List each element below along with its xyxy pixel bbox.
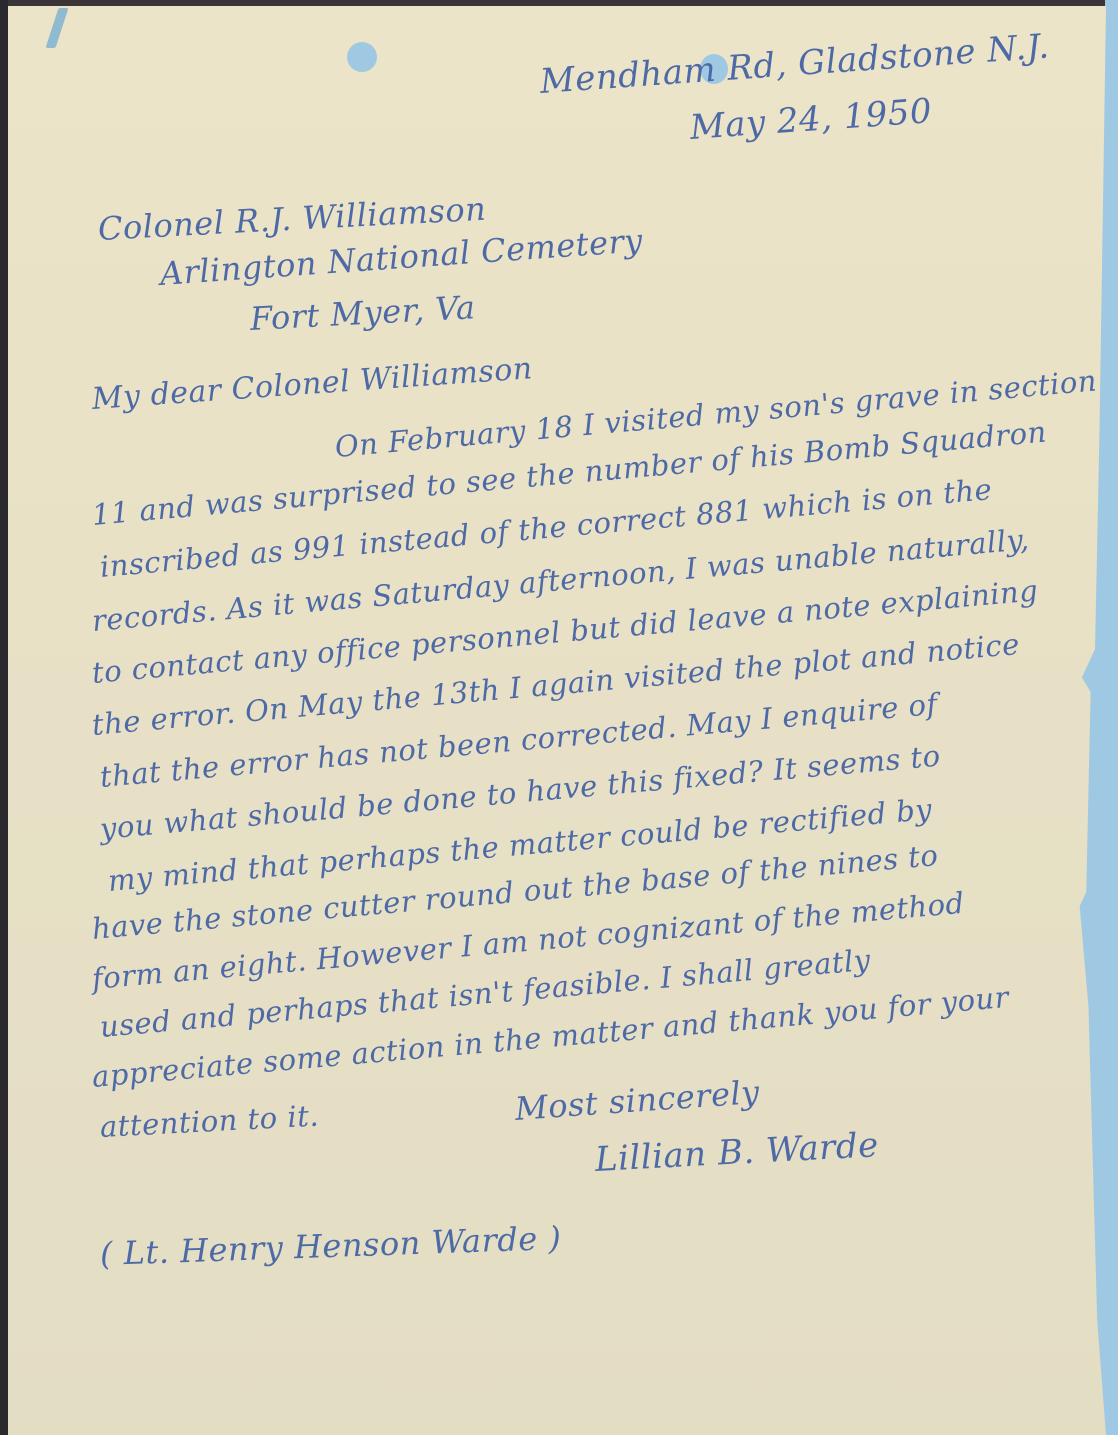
punch-hole xyxy=(347,42,377,72)
scanner-frame-top xyxy=(0,0,1105,6)
scanner-frame-left xyxy=(0,0,8,1435)
